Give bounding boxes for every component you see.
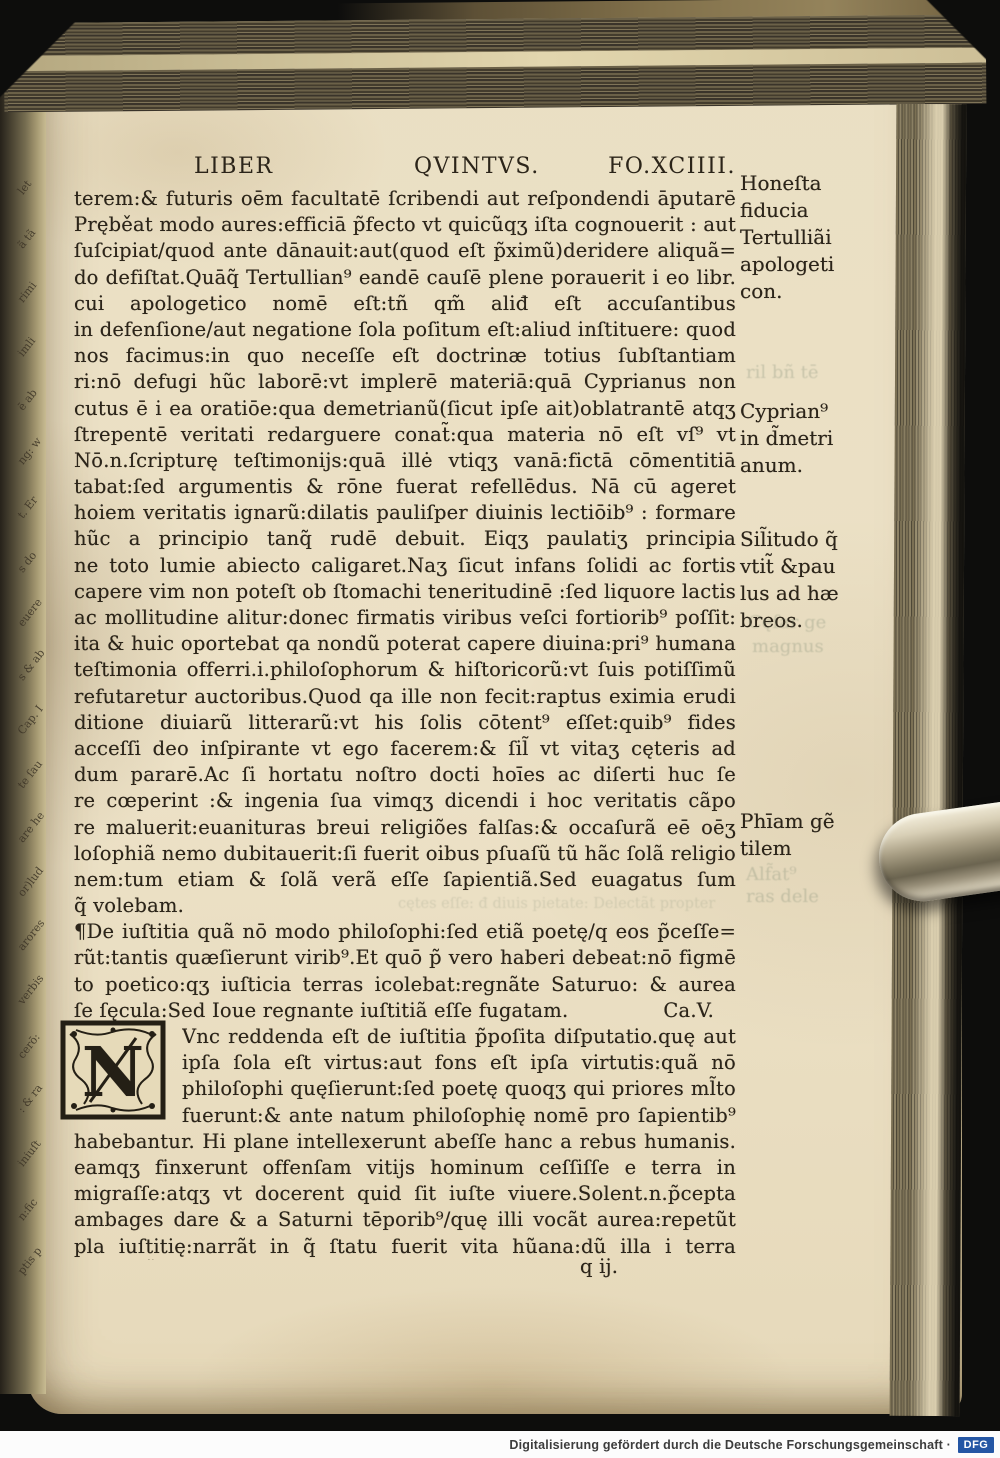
text-line: ri:nō defugi hũc laborē:vt implerē mater…: [74, 369, 736, 395]
text-line: fuerunt:& ante natum philoſophię nomē pr…: [182, 1103, 736, 1129]
woodcut-initial: N: [60, 1020, 166, 1120]
top-page-stack-band: [4, 63, 986, 113]
text-line: s do: [15, 542, 45, 575]
woodcut-initial-art: N: [60, 1020, 166, 1120]
paragraph-3-indented: Vnc reddenda eſt de iuſtitia p̃poſita di…: [74, 1024, 736, 1129]
digitization-credit-bar: Digitalisierung gefördert durch die Deut…: [0, 1431, 1000, 1458]
show-through-text: cętes eſſe: đ diuis pietate: Delectãt pr…: [398, 896, 715, 912]
text-line: dum pararē.Ac ſi hortatu noſtro docti ho…: [74, 762, 736, 788]
text-line: Pręběat modo aures:efficiā p̃fecto vt qu…: [74, 212, 736, 238]
dfg-logo: DFG: [958, 1437, 994, 1453]
margin-note: Phīam gẽtilem: [740, 808, 860, 862]
text-line: let: [15, 164, 45, 197]
text-line: Cap. I: [15, 704, 45, 737]
text-line: habebantur. Hi plane intellexerunt abeſſ…: [74, 1129, 736, 1155]
text-line: con.: [740, 278, 860, 305]
text-line: ¶De iuſtitia quã nō modo philoſophi:ſed …: [74, 919, 736, 945]
paragraph-3-full: habebantur. Hi plane intellexerunt abeſſ…: [74, 1129, 736, 1260]
text-line: hũc a principio tanq̃ rudē debuit. Eiqʒ …: [74, 526, 736, 552]
text-line: anum.: [740, 452, 860, 479]
paragraph-2: ¶De iuſtitia quã nō modo philoſophi:ſed …: [74, 919, 736, 998]
text-column: terem:& futuris oēm facultatē ſcribendi …: [74, 186, 736, 1280]
show-through-text: Cęſar ge: [748, 612, 826, 633]
text-line: capere vim non poteſt ob ſtomachi teneri…: [74, 579, 736, 605]
text-line: ã tã: [15, 218, 45, 251]
text-line: ng: w: [15, 434, 45, 467]
scan-image: letã tãrimiimliē abng: wt. Ers doeueres …: [0, 0, 1000, 1431]
running-header: LIBER QVINTVS. FO.XCIIII.: [74, 154, 736, 184]
text-line: vtit̃ &pau: [740, 553, 860, 580]
text-line: in defenſione/aut negatione ſola poſitum…: [74, 317, 736, 343]
text-line: re maluerit:euanituras breui religiões f…: [74, 815, 736, 841]
text-line: euere: [15, 596, 45, 629]
text-line: are he: [15, 812, 45, 845]
text-line: ē ab: [15, 380, 45, 413]
paragraph-1: terem:& futuris oēm facultatē ſcribendi …: [74, 186, 736, 893]
text-line: Honeſta: [740, 170, 860, 197]
text-line: teſtimonia offerri.i.philoſophorum & hiſ…: [74, 657, 736, 683]
text-line: iniuſt: [15, 1136, 45, 1169]
text-line: cutus ē i ea oratiōe:qua demetrianũ(ſicu…: [74, 396, 736, 422]
page-top-edge: [4, 0, 987, 114]
text-line: re cœperint :& ingenia ſua vimqʒ dicendi…: [74, 788, 736, 814]
text-line: : & ra: [15, 1082, 45, 1115]
text-line: imli: [15, 326, 45, 359]
text-line: or)lud: [15, 866, 45, 899]
text-line: Sil̃itudo q̃: [740, 526, 860, 553]
show-through-text: ras dele: [746, 886, 819, 907]
text-line: loſophiã nemo dubitauerit:ſi fuerit oibu…: [74, 841, 736, 867]
text-line: ipſa ſola eſt virtus:aut fons eſt ipſa v…: [182, 1050, 736, 1076]
text-line: fiducia: [740, 197, 860, 224]
text-line: ſe ſęcula:Sed Ioue regnante iuſtitiã eſſ…: [74, 999, 568, 1022]
background-corner: [0, 0, 120, 120]
text-line: migraſſe:atqʒ vt docerent quid ſit iuſte…: [74, 1181, 736, 1207]
text-line: ita & huic oportebat qa nondũ poterat ca…: [74, 631, 736, 657]
text-line: tilem: [740, 835, 860, 862]
text-line: apologeti: [740, 251, 860, 278]
text-line: philoſophi quęſierunt:ſed poetę quoqʒ qu…: [182, 1076, 736, 1102]
book-gutter: letã tãrimiimliē abng: wt. Ers doeueres …: [0, 78, 46, 1394]
text-line: t. Er: [15, 488, 45, 521]
text-line: tabat:ſed argumentis & rōne fuerat refel…: [74, 474, 736, 500]
header-book-title: LIBER: [194, 154, 274, 179]
text-line: arores: [15, 920, 45, 953]
text-line: ne toto lumie abiecto caligaret.Naʒ ſicu…: [74, 553, 736, 579]
text-line: ditione diuiarũ litterarũ:vt his ſolis c…: [74, 710, 736, 736]
text-line: terem:& futuris oēm facultatē ſcribendi …: [74, 186, 736, 212]
margin-note: Cyprian⁹in d̃metrianum.: [740, 398, 860, 479]
text-line: s & ab: [15, 650, 45, 683]
text-line: ambages dare & a Saturni tēporib⁹/quę il…: [74, 1207, 736, 1233]
header-book-number: QVINTVS.: [414, 154, 540, 179]
folio-number: FO.XCIIII.: [608, 154, 736, 179]
text-line: cui apologetico nomē eſt:tñ qm̃ aliđ eſt…: [74, 291, 736, 317]
show-through-text: ril bñ tē: [746, 362, 819, 383]
text-line: verbis: [15, 974, 45, 1007]
text-line: cerō:: [15, 1028, 45, 1061]
text-line: Phīam gẽ: [740, 808, 860, 835]
text-line: rũt:tantis quæſierunt virib⁹.Et quō p̃ v…: [74, 945, 736, 971]
text-line: Vnc reddenda eſt de iuſtitia p̃poſita di…: [182, 1024, 736, 1050]
text-line: eamqʒ finxerunt offenſam vitijs hominum …: [74, 1155, 736, 1181]
text-line: ac mollitudine alitur:donec firmatis vir…: [74, 605, 736, 631]
text-line: nem:tum etiam & ſolã verã eſſe ſapientiã…: [74, 867, 736, 893]
text-line: refutaretur auctoribus.Quod qa ille non …: [74, 684, 736, 710]
chapter-label: Ca.V.: [663, 998, 714, 1024]
text-line: rimi: [15, 272, 45, 305]
background-corner: [910, 0, 1000, 150]
scanned-book-page-viewer: letã tãrimiimliē abng: wt. Ers doeueres …: [0, 0, 1000, 1458]
page-fore-edge: [890, 104, 967, 1416]
show-through-text: Alf̃at⁹: [746, 864, 797, 885]
text-line: lus ad hæ: [740, 580, 860, 607]
text-line: nos facimus:in quo neceſſe eſt doctrinæ …: [74, 343, 736, 369]
credit-text: Digitalisierung gefördert durch die Deut…: [509, 1438, 951, 1452]
show-through-text: magnus: [752, 636, 824, 657]
text-line: ptis p: [15, 1244, 45, 1277]
text-line: ſuſcipiat/quod ante dānauit:aut(quod eſt…: [74, 238, 736, 264]
text-line: Nō.n.ſcripturę teſtimonijs:quā illė vtiq…: [74, 448, 736, 474]
paragraph-2-last-line: ſe ſęcula:Sed Ioue regnante iuſtitiã eſſ…: [74, 998, 736, 1024]
text-line: Cyprian⁹: [740, 398, 860, 425]
margin-note: HoneſtafiduciaTertulliãiapologeticon.: [740, 170, 860, 305]
text-line: do defiſtat.Quāq̃ Tertullian⁹ eandē cauſ…: [74, 265, 736, 291]
text-line: hoiem veritatis ignarũ:dilatis pauliſper…: [74, 500, 736, 526]
text-line: te ſau: [15, 758, 45, 791]
text-line: to poetico:qʒ iuſticia terras icolebat:r…: [74, 972, 736, 998]
text-line: n:fic: [15, 1190, 45, 1223]
text-line: ſtrepentē veritati redarguere conat̃:qua…: [74, 422, 736, 448]
text-line: in d̃metri: [740, 425, 860, 452]
text-line: Tertulliãi: [740, 224, 860, 251]
text-line: acceſſi deo inſpirante vt ego facerem:& …: [74, 736, 736, 762]
text-line: pla iuſtitię:narrãt in q̃ ſtatu fuerit v…: [74, 1234, 736, 1260]
